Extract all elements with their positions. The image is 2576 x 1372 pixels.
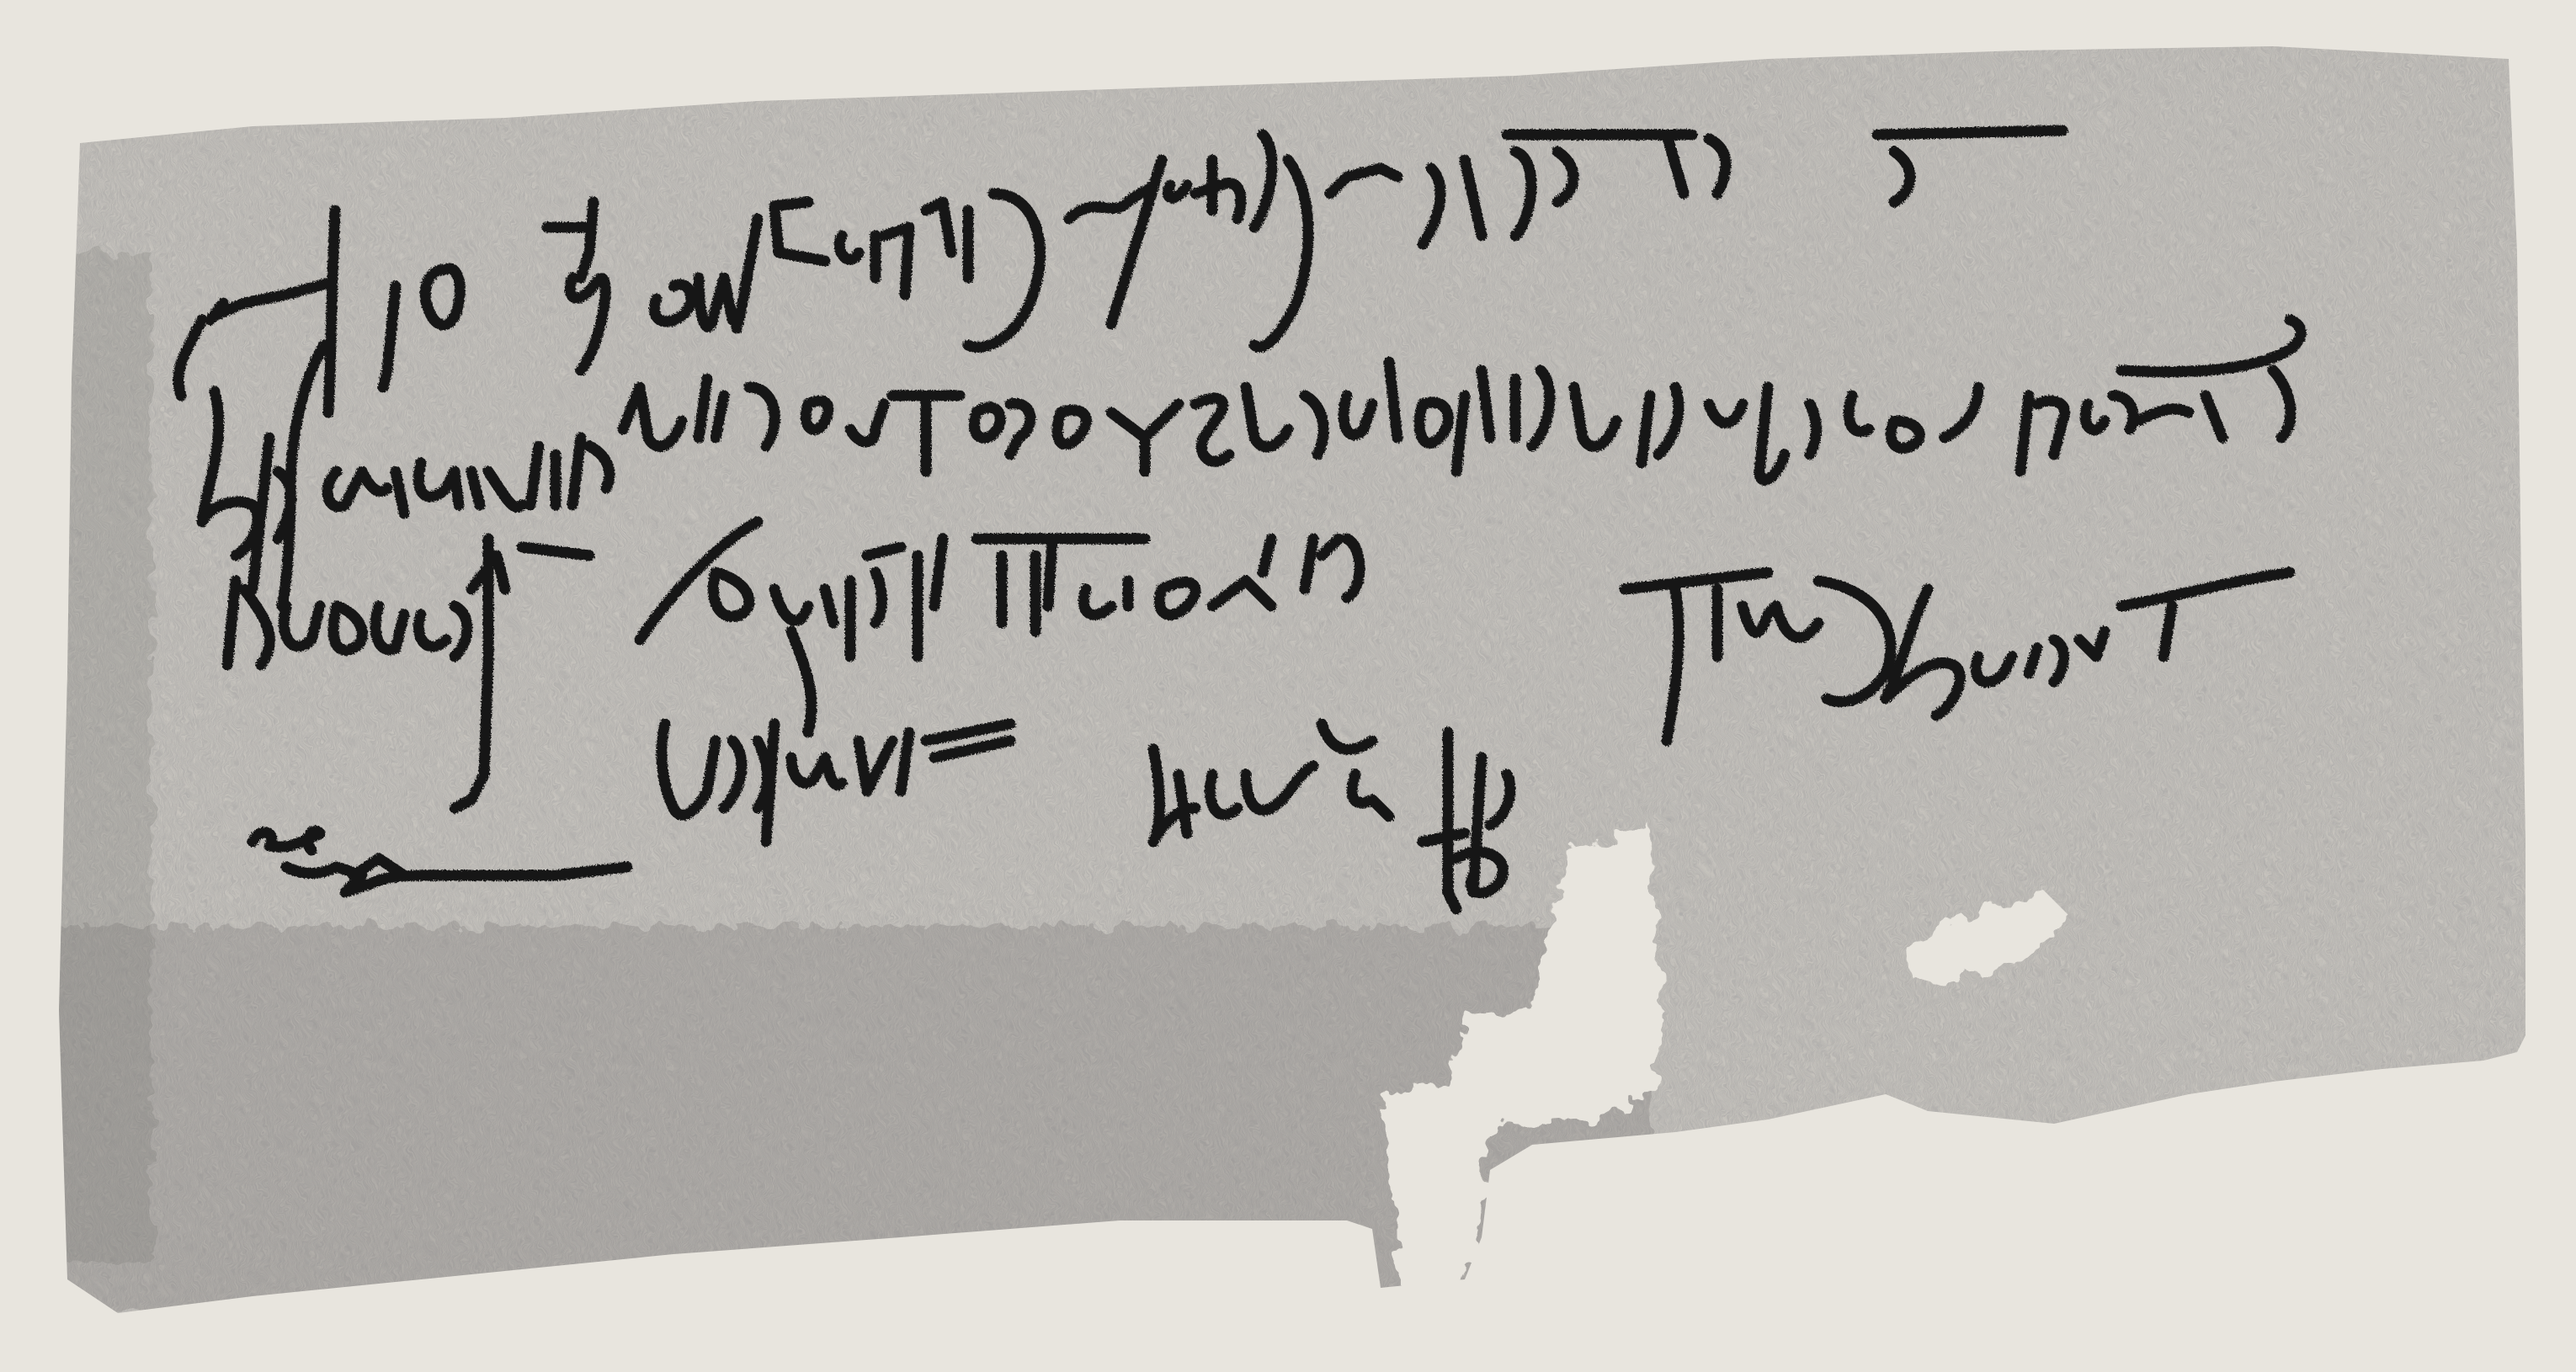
photo-scene: ἔτους … Θὼθ … ἐν Ὀξυρύγχων … ἐξέδωκεν … …: [0, 0, 2576, 1372]
papyrus-photo: [0, 0, 2576, 1372]
papyrus-sheet: [0, 0, 2576, 1372]
